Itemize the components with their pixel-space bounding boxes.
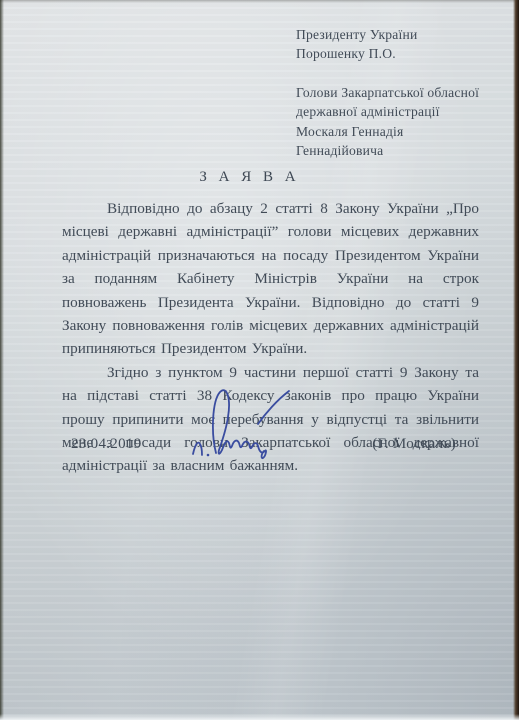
address-block: Президенту України Порошенку П.О. Голови… xyxy=(296,25,479,160)
recipient-line: Президенту України xyxy=(296,25,479,44)
photo-edge-top xyxy=(0,0,519,3)
photo-edge-left xyxy=(0,0,4,720)
paragraph: Відповідно до абзацу 2 статті 8 Закону У… xyxy=(62,197,479,361)
recipient-line: Порошенку П.О. xyxy=(296,44,479,63)
sender-line: державної адміністрації xyxy=(296,102,479,121)
signature-icon xyxy=(186,386,316,470)
sender-line: Голови Закарпатської обласної xyxy=(296,83,479,102)
photo-edge-bottom xyxy=(0,714,519,720)
document-title: З А Я В А xyxy=(0,169,499,186)
sender-line: Москаля Геннадія xyxy=(296,122,479,141)
date: 23.04.2019 xyxy=(71,436,142,453)
photo-edge-right xyxy=(513,0,519,720)
signed-name: (Г. Москаль) xyxy=(372,436,456,453)
sender-line: Геннадійовича xyxy=(296,141,479,160)
scanned-letter-page: Президенту України Порошенку П.О. Голови… xyxy=(0,0,519,720)
